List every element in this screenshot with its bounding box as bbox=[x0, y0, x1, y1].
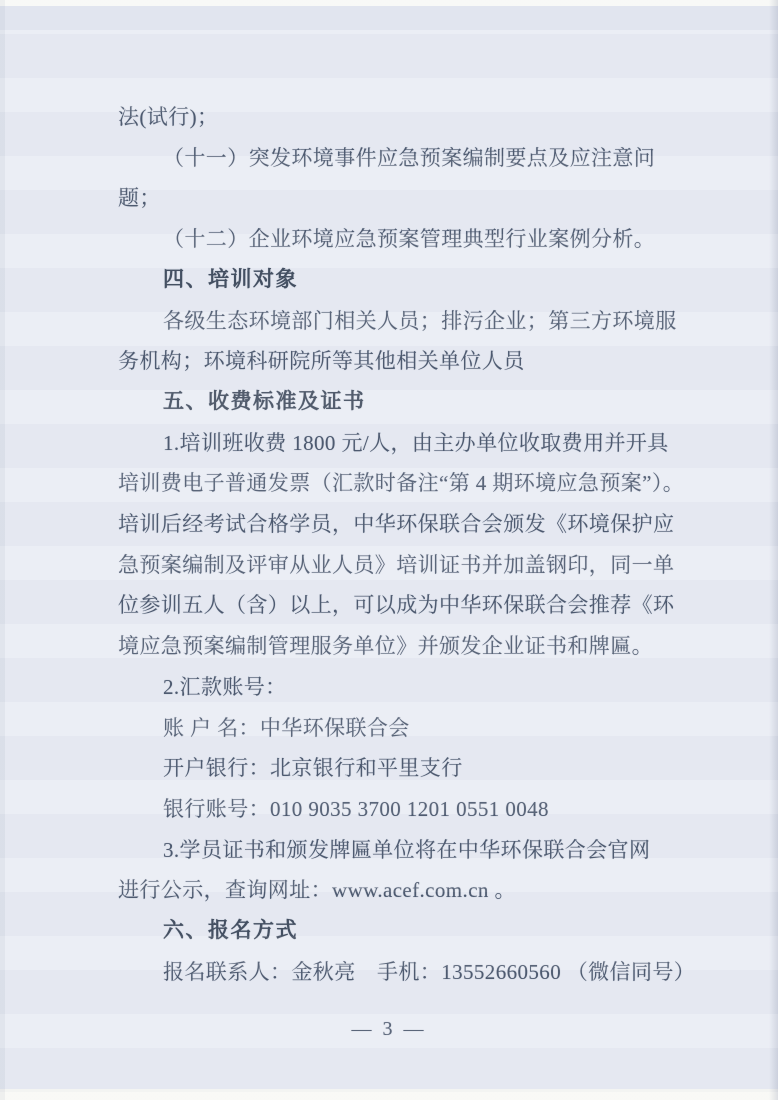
text-line: 培训费电子普通发票（汇款时备注“第 4 期环境应急预案”）。 bbox=[118, 463, 682, 504]
account-name-line: 账 户 名：中华环保联合会 bbox=[118, 708, 682, 749]
website-line: 进行公示，查询网址：www.acef.com.cn 。 bbox=[118, 870, 682, 911]
scan-edge-left bbox=[0, 0, 5, 1100]
scan-shadow-band bbox=[0, 6, 778, 30]
section-heading-training-targets: 四、培训对象 bbox=[118, 260, 682, 301]
text-line: 各级生态环境部门相关人员；排污企业；第三方环境服 bbox=[118, 301, 682, 342]
document-body: 法(试行)； （十一）突发环境事件应急预案编制要点及应注意问 题； （十二）企业… bbox=[118, 97, 682, 992]
text-line: 务机构；环境科研院所等其他相关单位人员 bbox=[118, 341, 682, 382]
text-line: 1.培训班收费 1800 元/人，由主办单位收取费用并开具 bbox=[118, 423, 682, 464]
document-page: 法(试行)； （十一）突发环境事件应急预案编制要点及应注意问 题； （十二）企业… bbox=[0, 0, 778, 1100]
scan-edge-right bbox=[769, 0, 778, 1100]
text-line: 境应急预案编制管理服务单位》并颁发企业证书和牌匾。 bbox=[118, 626, 682, 667]
section-heading-fees-certificates: 五、收费标准及证书 bbox=[118, 382, 682, 423]
text-line: 培训后经考试合格学员，中华环保联合会颁发《环境保护应 bbox=[118, 504, 682, 545]
bank-name-line: 开户银行：北京银行和平里支行 bbox=[118, 748, 682, 789]
text-line: 急预案编制及评审从业人员》培训证书并加盖钢印，同一单 bbox=[118, 545, 682, 586]
text-line: 位参训五人（含）以上，可以成为中华环保联合会推荐《环 bbox=[118, 585, 682, 626]
text-line: 法(试行)； bbox=[118, 97, 682, 138]
text-line: 3.学员证书和颁发牌匾单位将在中华环保联合会官网 bbox=[118, 830, 682, 871]
page-number: — 3 — bbox=[0, 1018, 778, 1041]
section-heading-registration: 六、报名方式 bbox=[118, 911, 682, 952]
text-line: （十二）企业环境应急预案管理典型行业案例分析。 bbox=[118, 219, 682, 260]
contact-line: 报名联系人：金秋亮 手机：13552660560 （微信同号） bbox=[118, 952, 682, 993]
scan-edge-top bbox=[0, 0, 778, 6]
scan-edge-bottom bbox=[0, 1089, 778, 1100]
text-line: （十一）突发环境事件应急预案编制要点及应注意问 bbox=[118, 138, 682, 179]
bank-account-line: 银行账号：010 9035 3700 1201 0551 0048 bbox=[118, 789, 682, 830]
text-line: 2.汇款账号： bbox=[118, 667, 682, 708]
text-line: 题； bbox=[118, 178, 682, 219]
